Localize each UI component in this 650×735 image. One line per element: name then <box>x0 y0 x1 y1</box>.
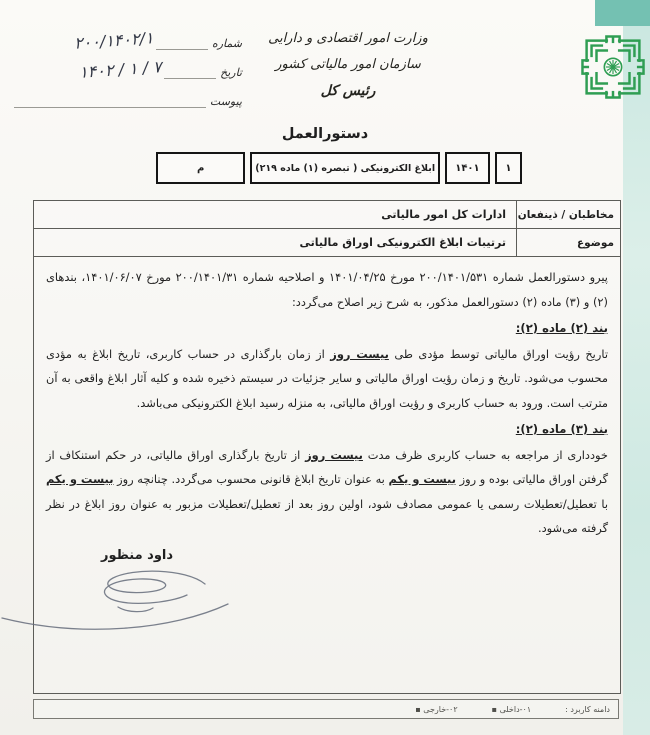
organization-name: سازمان امور مالیاتی کشور <box>238 52 458 78</box>
field-attachment: پیوست <box>14 88 242 108</box>
clause3-keyword-twenty-first: بیست و یکم <box>389 472 456 486</box>
scope-label: دامنه کاربرد : <box>565 705 610 714</box>
code-cell-year: ۱۴۰۱ <box>445 152 490 184</box>
number-line <box>156 35 208 50</box>
scope-option-external: ۰۲-خارجی ▪ <box>415 705 457 714</box>
clause2-paragraph: تاریخ رؤیت اوراق مالیاتی توسط مؤدی طی بی… <box>46 342 608 416</box>
subject-value: ترتیبات ابلاغ الکترونیکی اوراق مالیاتی <box>34 236 516 249</box>
director-general-title: رئیس کل <box>238 78 458 104</box>
date-line <box>164 64 216 79</box>
clause2-heading: بند (۲) ماده (۲): <box>46 316 608 341</box>
attachment-label: پیوست <box>206 95 242 108</box>
ministry-name: وزارت امور اقتصادی و دارایی <box>238 26 458 52</box>
addressees-value: ادارات کل امور مالیاتی <box>34 208 516 221</box>
clause2-keyword-twenty-days: بیست روز <box>330 347 389 361</box>
clause2-seg0: تاریخ رؤیت اوراق مالیاتی توسط مؤدی طی <box>389 347 608 361</box>
footer-classification-band: دامنه کاربرد : ۰۱-داخلی ▪ ۰۲-خارجی ▪ <box>33 699 619 719</box>
code-cell-sequence: ۱ <box>495 152 522 184</box>
scope-option-internal: ۰۱-داخلی ▪ <box>492 705 532 714</box>
addressees-label: مخاطبان / ذینفعان <box>516 201 620 228</box>
tax-administration-emblem-icon <box>580 34 646 100</box>
scan-corner-block <box>595 0 650 26</box>
subject-label: موضوع <box>516 229 620 256</box>
field-date: تاریخ ۱۴۰۲ / ۱ / ۷ <box>14 59 242 79</box>
directive-body: پیرو دستورالعمل شماره ۲۰۰/۱۴۰۱/۵۳۱ مورخ … <box>34 257 620 541</box>
addressees-row: مخاطبان / ذینفعان ادارات کل امور مالیاتی <box>34 201 620 229</box>
number-handwritten-value: ۲۰۰/۱۴۰۲/۱ <box>72 28 157 53</box>
field-number: شماره ۲۰۰/۱۴۰۲/۱ <box>14 30 242 50</box>
date-handwritten-value: ۱۴۰۲ / ۱ / ۷ <box>77 57 165 82</box>
letterhead-fields: شماره ۲۰۰/۱۴۰۲/۱ تاریخ ۱۴۰۲ / ۱ / ۷ پیوس… <box>14 30 242 117</box>
scan-edge-strip <box>623 0 650 735</box>
clause3-seg0: خودداری از مراجعه به حساب کاربری ظرف مدت <box>363 448 608 462</box>
clause3-seg3: با تعطیل/تعطیلات رسمی یا عمومی مصادف شود… <box>46 497 608 536</box>
attachment-line <box>14 93 206 108</box>
code-cell-type: م <box>156 152 245 184</box>
clause3-keyword-twenty-days: بیست روز <box>305 448 363 462</box>
clause3-seg2: به عنوان تاریخ ابلاغ قانونی محسوب می‌گرد… <box>113 472 388 486</box>
directive-code-table: ۱ ۱۴۰۱ ابلاغ الکترونیکی ( تبصره (۱) ماده… <box>156 152 522 184</box>
clause3-paragraph: خودداری از مراجعه به حساب کاربری ظرف مدت… <box>46 443 608 541</box>
scanned-directive-document: شماره ۲۰۰/۱۴۰۲/۱ تاریخ ۱۴۰۲ / ۱ / ۷ پیوس… <box>0 0 650 735</box>
number-label: شماره <box>208 37 242 50</box>
code-cell-subject: ابلاغ الکترونیکی ( تبصره (۱) ماده ۲۱۹) <box>250 152 440 184</box>
clause3-keyword-twenty-first-2: بیست و یکم <box>46 472 113 486</box>
subject-row: موضوع ترتیبات ابلاغ الکترونیکی اوراق مال… <box>34 229 620 257</box>
intro-paragraph: پیرو دستورالعمل شماره ۲۰۰/۱۴۰۱/۵۳۱ مورخ … <box>46 265 608 314</box>
document-title: دستورالعمل <box>0 126 650 142</box>
clause3-heading: بند (۳) ماده (۲): <box>46 417 608 442</box>
organization-header: وزارت امور اقتصادی و دارایی سازمان امور … <box>238 26 458 104</box>
signature-scribble <box>0 560 250 645</box>
